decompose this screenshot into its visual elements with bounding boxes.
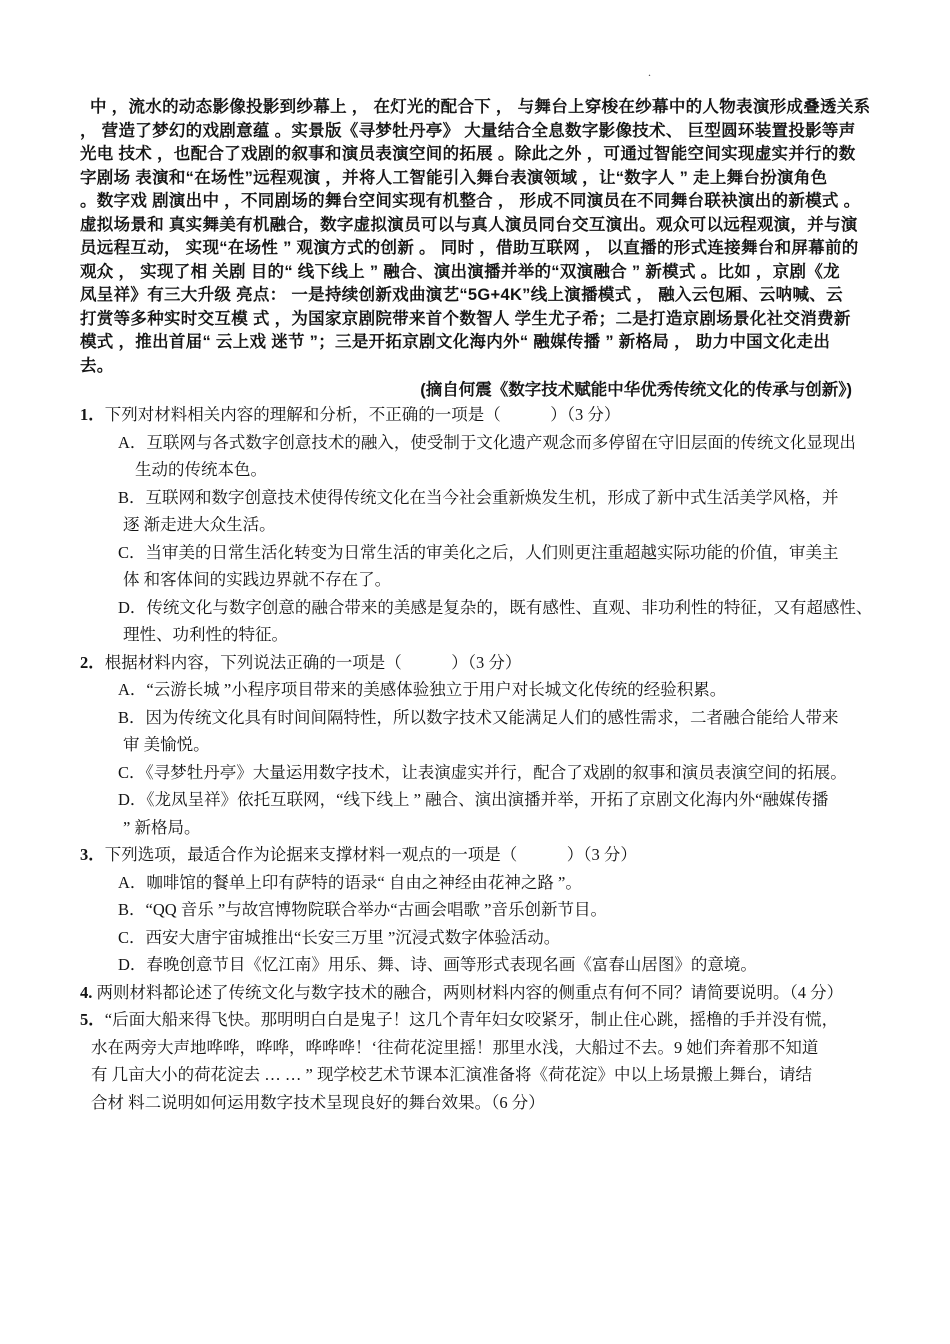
question-2-stem: 2．根据材料内容，下列说法正确的一项是（ ）（3 分） bbox=[80, 649, 885, 677]
question-text: 两则材料都论述了传统文化与数字技术的融合，两则材料内容的侧重点有何不同？请简要说… bbox=[92, 983, 843, 1002]
question-2-option-d-wrap: ” 新格局。 bbox=[80, 814, 885, 842]
question-number: 3． bbox=[80, 845, 105, 864]
question-text: 下列对材料相关内容的理解和分析，不正确的一项是（ ）（3 分） bbox=[105, 405, 621, 424]
question-3-option-b: B．“QQ 音乐 ”与故宫博物院联合举办“古画会唱歌 ”音乐创新节目。 bbox=[80, 896, 885, 924]
material-line: 中 ，流水的动态影像投影到纱幕上 ， 在灯光的配合下 ， 与舞台上穿梭在纱幕中的… bbox=[80, 96, 880, 120]
question-1-option-c: C．当审美的日常生活化转变为日常生活的审美化之后，人们则更注重超越实际功能的价值… bbox=[80, 539, 885, 567]
question-1-option-d-wrap: 理性、功利性的特征。 bbox=[80, 621, 885, 649]
question-1-stem: 1．下列对材料相关内容的理解和分析，不正确的一项是（ ）（3 分） bbox=[80, 401, 885, 429]
material-line: 去。 bbox=[80, 355, 880, 379]
question-1-option-a-wrap: 生动的传统本色。 bbox=[80, 456, 885, 484]
material-line: 。数字戏 剧演出中 ，不同剧场的舞台空间实现有机整合 ， 形成不同演员在不同舞台… bbox=[80, 190, 880, 214]
document-page: . 中 ，流水的动态影像投影到纱幕上 ， 在灯光的配合下 ， 与舞台上穿梭在纱幕… bbox=[0, 0, 950, 1344]
question-5-stem-wrap-2: 有 几亩大小的荷花淀去 … … ” 现学校艺术节课本汇演准备将《荷花淀》中以上场… bbox=[80, 1061, 885, 1089]
question-1-option-b-wrap: 逐 渐走进大众生活。 bbox=[80, 511, 885, 539]
material-line: 虚拟场景和 真实舞美有机融合，数字虚拟演员可以与真人演员同台交互演出。观众可以远… bbox=[80, 214, 880, 238]
question-number: 4. bbox=[80, 983, 92, 1002]
question-text: 根据材料内容，下列说法正确的一项是（ ）（3 分） bbox=[105, 653, 522, 672]
question-2-option-b-wrap: 审 美愉悦。 bbox=[80, 731, 885, 759]
question-2-option-d: D．《龙凤呈祥》依托互联网，“线下线上 ” 融合、演出演播并举，开拓了京剧文化海… bbox=[80, 786, 885, 814]
material-line: 光电 技术 ，也配合了戏剧的叙事和演员表演空间的拓展 。除此之外 ，可通过智能空… bbox=[80, 143, 880, 167]
question-5-stem: 5．“后面大船来得飞快。那明明白白是鬼子！这几个青年妇女咬紧牙，制止住心跳，摇橹… bbox=[80, 1006, 885, 1034]
material-paragraph: 中 ，流水的动态影像投影到纱幕上 ， 在灯光的配合下 ， 与舞台上穿梭在纱幕中的… bbox=[80, 96, 880, 378]
question-3-option-d: D．春晚创意节目《忆江南》用乐、舞、诗、画等形式表现名画《富春山居图》的意境。 bbox=[80, 951, 885, 979]
question-number: 5． bbox=[80, 1010, 105, 1029]
question-1-option-c-wrap: 体 和客体间的实践边界就不存在了。 bbox=[80, 566, 885, 594]
question-text: 下列选项，最适合作为论据来支撑材料一观点的一项是（ ）（3 分） bbox=[105, 845, 637, 864]
question-number: 1． bbox=[80, 405, 105, 424]
question-3-stem: 3．下列选项，最适合作为论据来支撑材料一观点的一项是（ ）（3 分） bbox=[80, 841, 885, 869]
question-number: 2． bbox=[80, 653, 105, 672]
material-line: 观众 ， 实现了相 关剧 目的“ 线下线上 ” 融合、演出演播并举的“双演融合 … bbox=[80, 261, 880, 285]
question-text: “后面大船来得飞快。那明明白白是鬼子！这几个青年妇女咬紧牙，制止住心跳，摇橹的手… bbox=[105, 1010, 838, 1029]
material-line: 打赏等多种实时交互模 式 ，为国家京剧院带来首个数智人 学生尤子希；二是打造京剧… bbox=[80, 308, 880, 332]
question-5-stem-wrap-3: 合材 料二说明如何运用数字技术呈现良好的舞台效果。（6 分） bbox=[80, 1089, 885, 1117]
questions: 1．下列对材料相关内容的理解和分析，不正确的一项是（ ）（3 分）A．互联网与各… bbox=[80, 401, 885, 1116]
question-5-stem-wrap-1: 水在两旁大声地哗哗，哗哗，哗哗哗！‘往荷花淀里摇！那里水浅，大船过不去。9 她们… bbox=[80, 1034, 885, 1062]
material-line: 模式 ，推出首届“ 云上戏 迷节 ”；三是开拓京剧文化海内外“ 融媒传播 ” 新… bbox=[80, 331, 880, 355]
material-line: 员远程互动， 实现“在场性 ” 观演方式的创新 。 同时 ，借助互联网 ， 以直… bbox=[80, 237, 880, 261]
question-1-option-b: B．互联网和数字创意技术使得传统文化在当今社会重新焕发生机，形成了新中式生活美学… bbox=[80, 484, 885, 512]
question-4-stem: 4. 两则材料都论述了传统文化与数字技术的融合，两则材料内容的侧重点有何不同？请… bbox=[80, 979, 885, 1007]
material-line: 字剧场 表演和“在场性”远程观演 ，并将人工智能引入舞台表演领域 ，让“数字人 … bbox=[80, 167, 880, 191]
question-1-option-a: A．互联网与各式数字创意技术的融入，使受制于文化遗产观念而多停留在守旧层面的传统… bbox=[80, 429, 885, 457]
question-3-option-a: A．咖啡馆的餐单上印有萨特的语录“ 自由之神经由花神之路 ”。 bbox=[80, 869, 885, 897]
question-2-option-c: C．《寻梦牡丹亭》大量运用数字技术，让表演虚实并行，配合了戏剧的叙事和演员表演空… bbox=[80, 759, 885, 787]
question-1-option-d: D．传统文化与数字创意的融合带来的美感是复杂的，既有感性、直观、非功利性的特征，… bbox=[80, 594, 885, 622]
question-2-option-b: B．因为传统文化具有时间间隔特性，所以数字技术又能满足人们的感性需求，二者融合能… bbox=[80, 704, 885, 732]
question-2-option-a: A．“云游长城 ”小程序项目带来的美感体验独立于用户对长城文化传统的经验积累。 bbox=[80, 676, 885, 704]
material-line: 凤呈祥》有三大升级 亮点： 一是持续创新戏曲演艺“5G+4K”线上演播模式 ， … bbox=[80, 284, 880, 308]
stray-dot-artifact: . bbox=[648, 66, 651, 78]
citation-line: (摘自何震《数字技术赋能中华优秀传统文化的传承与创新》) bbox=[80, 379, 852, 402]
material-line: ， 营造了梦幻的戏剧意蕴 。实景版《寻梦牡丹亭》 大量结合全息数字影像技术、 巨… bbox=[80, 120, 880, 144]
question-3-option-c: C．西安大唐宇宙城推出“长安三万里 ”沉浸式数字体验活动。 bbox=[80, 924, 885, 952]
